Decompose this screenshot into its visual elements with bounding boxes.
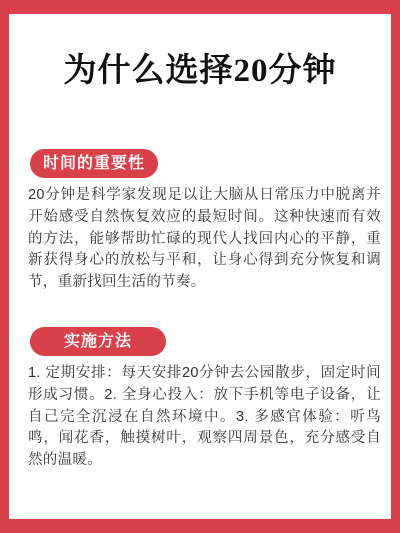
section-badge-implementation: 实施方法 xyxy=(30,327,166,356)
content-area: 为什么选择20分钟 时间的重要性 20分钟是科学家发现足以让大脑从日常压力中脱离… xyxy=(9,14,391,519)
page-title: 为什么选择20分钟 xyxy=(9,52,391,92)
section-body-implementation: 1. 定期安排：每天安排20分钟去公园散步，固定时间形成习惯。2. 全身心投入：… xyxy=(28,363,381,472)
section-badge-time-importance: 时间的重要性 xyxy=(30,149,158,178)
poster-frame: 为什么选择20分钟 时间的重要性 20分钟是科学家发现足以让大脑从日常压力中脱离… xyxy=(0,0,400,533)
section-label: 时间的重要性 xyxy=(43,155,145,172)
section-label: 实施方法 xyxy=(64,333,132,350)
section-body-time-importance: 20分钟是科学家发现足以让大脑从日常压力中脱离并开始感受自然恢复效应的最短时间。… xyxy=(28,185,381,294)
